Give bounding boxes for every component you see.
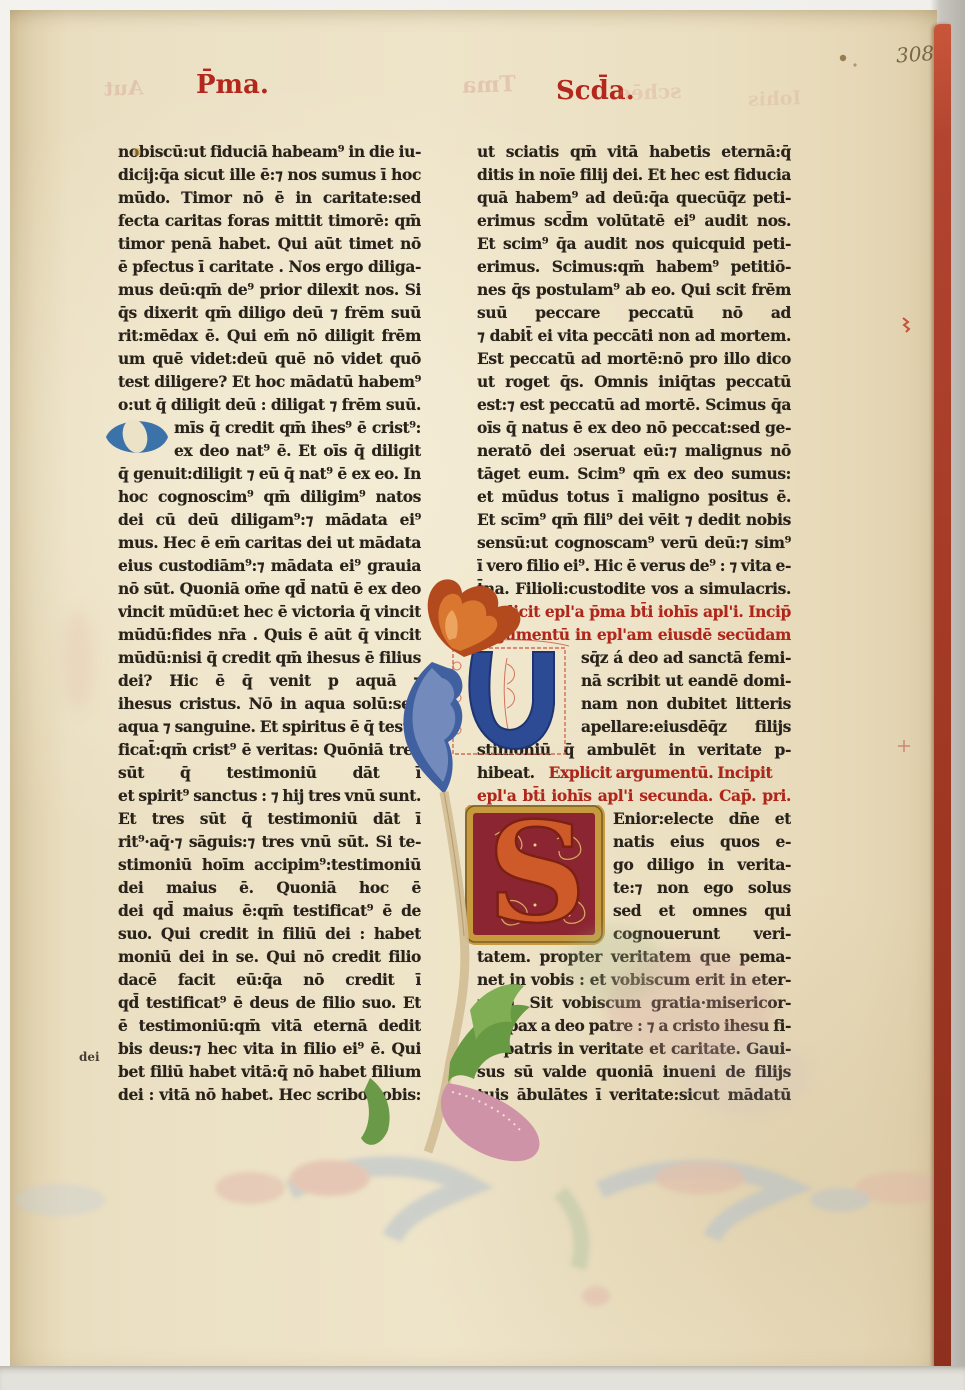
text-line: q̄s dixerit qm̄ diligo deū ⁊ frēm suū od… [118, 301, 421, 324]
text-line: nobiscū:ut fiduciā habeam⁹ in die iu- [118, 140, 421, 163]
text-line: dei : vitā nō habet. Hec scribo vobis: [118, 1083, 421, 1106]
text-line: tāget eum. Scim⁹ qm̄ ex deo sumus: [477, 462, 791, 485]
text-line: tatem. propter veritatem que pema- [477, 945, 791, 968]
text-line: dia·pax a deo patre : ⁊ a cristo ihesu f… [477, 1014, 791, 1037]
argumentum-end: hibeat. [477, 763, 535, 782]
text-line: natis eius quos e- [477, 830, 791, 853]
epistle-initial-block: S Enior:electe dn̄e etnatis eius quos e-… [477, 807, 791, 945]
text-line: argumentū in epl'am eiusdē secūdam [477, 623, 791, 646]
text-line: t̄na. Filioli:custodite vos a simulacris… [477, 577, 791, 600]
text-line: nā scribit ut eandē domi- [477, 669, 791, 692]
text-line: vincit mūdū:et hec ē victoria q̄ vincit [118, 600, 421, 623]
text-line: ut sciatis qm̄ vitā habetis eternā:q̄ cr… [477, 140, 791, 163]
text-line: suo. Qui credit in filiū dei : habet tes… [118, 922, 421, 945]
text-line: Et scim⁹ q̄a audit nos quicquid peti- [477, 232, 791, 255]
text-line: et spirit⁹ sanctus : ⁊ hij tres vnū sunt… [118, 784, 421, 807]
text-line: nō sūt. Quoniā om̄e qd̄ natū ē ex deo [118, 577, 421, 600]
rubric-incipit-line: epl'a bt̄i iohīs apl'i secunda. Cap̄. pr… [477, 784, 791, 807]
text-line: o:ut q̄ diligit deū : diligat ⁊ frēm suū… [118, 393, 421, 416]
text-line: dicij:q̄a sicut ille ē:⁊ nos sumus ī hoc [118, 163, 421, 186]
text-line: ex deo nat⁹ ē. Et oīs q̄ diligit eū [118, 439, 421, 462]
text-line: tuis ābulātes ī veritate:sicut mādatū [477, 1083, 791, 1106]
text-line: ī vero filio ei⁹. Hic ē verus de⁹ : ⁊ vi… [477, 554, 791, 577]
text-line: q̄ genuit:diligit ⁊ eū q̄ nat⁹ ē ex eo. … [118, 462, 421, 485]
text-line: mīs q̄ credit qm̄ ihes⁹ ē crist⁹: cv. [118, 416, 421, 439]
text-line: moniū dei in se. Qui nō credit filio mē- [118, 945, 421, 968]
left-block-2: q̄ genuit:diligit ⁊ eū q̄ nat⁹ ē ex eo. … [118, 462, 421, 1106]
text-line: mūdū:nisi q̄ credit qm̄ ihesus ē filius [118, 646, 421, 669]
text-line: mus. Hec ē em̄ caritas dei ut mādata [118, 531, 421, 554]
text-line: sed et omnes qui [477, 899, 791, 922]
text-line: ē pfectus ī caritate . Nos ergo diliga- [118, 255, 421, 278]
text-line: nes q̄s postulam⁹ ab eo. Qui scit frēm [477, 278, 791, 301]
text-line: ficat̄:qm̄ crist⁹ ē veritas: Quōniā tres [118, 738, 421, 761]
text-line: Explicit epl'a p̄ma bt̄i iohīs apl'i. In… [477, 600, 791, 623]
argumentum-lines: sq̄z á deo ad sanctā femi-nā scribit ut … [477, 646, 791, 738]
text-line: dei cū deū diligam⁹:⁊ mādata ei⁹ facia- [118, 508, 421, 531]
text-line: ut roget q̄s. Omnis iniq̄tas peccatū [477, 370, 791, 393]
text-line: dei qd̄ maius ē:qm̄ testificat⁹ ē de fil… [118, 899, 421, 922]
text-line: dei maius ē. Quoniā hoc ē testimoniū [118, 876, 421, 899]
text-line: est:⁊ est peccatū ad mortē. Scimus q̄a [477, 393, 791, 416]
text-line: ē testimoniū:qm̄ vitā eternā dedit no- [118, 1014, 421, 1037]
margin-note: dei [79, 1050, 100, 1064]
red-fore-edge [934, 24, 951, 1390]
text-line: rit:mēdax ē. Qui em̄ nō diligit frēm su- [118, 324, 421, 347]
text-line: test diligere? Et hoc mādatū habem⁹ a de… [118, 370, 421, 393]
show-through-text: Iohis [748, 87, 802, 111]
text-line: ⁊ dabit̄ ei vita peccāti non ad mortem. [477, 324, 791, 347]
chapter-initial-row: mīs q̄ credit qm̄ ihes⁹ ē crist⁹: cv. ex… [118, 416, 421, 462]
text-line: ditis in noīe filij dei. Et hec est fidu… [477, 163, 791, 186]
text-line: go diligo in verita- [477, 853, 791, 876]
right-block-1: ut sciatis qm̄ vitā habetis eternā:q̄ cr… [477, 140, 791, 600]
text-line: mūdo. Timor nō ē in caritate:sed per- [118, 186, 421, 209]
text-line: lio patris in veritate et caritate. Gaui… [477, 1037, 791, 1060]
text-line: dei? Hic ē q̄ venit p aquā ⁊ sanguinem [118, 669, 421, 692]
text-line: ihesus cristus. Nō in aqua solū:sed in [118, 692, 421, 715]
text-line: suū peccare peccatū nō ad mortē:petat [477, 301, 791, 324]
show-through-text: Tma [462, 71, 517, 99]
show-through-text: Aut [104, 75, 144, 100]
text-line: timor penā habet. Qui aūt timet nō [118, 232, 421, 255]
text-line: et mūdus totus ī maligno positus ē. [477, 485, 791, 508]
text-line: net in vobis : et vobiscum erit in eter- [477, 968, 791, 991]
text-line: te:⁊ non ego solus [477, 876, 791, 899]
manuscript-photo: P̄ma. Scd̄a. Aut Tma schēe Iohis 308. de… [0, 0, 965, 1390]
rubric-explicit-prima: Explicit epl'a p̄ma bt̄i iohīs apl'i. In… [477, 600, 791, 646]
text-line: erimus. Scimus:qm̄ habem⁹ petitiō- [477, 255, 791, 278]
rubric-incipit-inline: Explicit argumentū. Incipit [549, 763, 773, 782]
text-line: num. Sit vobiscum gratia·misericor- [477, 991, 791, 1014]
text-line: apellare:eiusdēq̄z filijs te- [477, 715, 791, 738]
left-block-1: nobiscū:ut fiduciā habeam⁹ in die iu-dic… [118, 140, 421, 416]
text-line: hoc cognoscim⁹ qm̄ diligim⁹ natos [118, 485, 421, 508]
text-line: erimus scd̄m volūtatē ei⁹ audit nos. [477, 209, 791, 232]
text-line: fecta caritas foras mittit timorē: qm̄ [118, 209, 421, 232]
text-line: stimoniū hoīm accipim⁹:testimoniū [118, 853, 421, 876]
text-line: qd̄ testificat⁹ ē deus de filio suo. Et … [118, 991, 421, 1014]
text-line: rit⁹·aq̄·⁊ sāguis:⁊ tres vnū sūt. Si te- [118, 830, 421, 853]
text-line: bis deus:⁊ hec vita in filio ei⁹ ē. Qui … [118, 1037, 421, 1060]
text-line: quā habem⁹ ad deū:q̄a quecūq̄z peti- [477, 186, 791, 209]
text-line: sq̄z á deo ad sanctā femi- [477, 646, 791, 669]
text-line: Enior:electe dn̄e et [477, 807, 791, 830]
text-line: um quē videt:deū quē nō videt quō po- [118, 347, 421, 370]
text-line: sus sū valde quoniā inueni de filijs [477, 1060, 791, 1083]
argumentum-initial-block: sq̄z á deo ad sanctā femi-nā scribit ut … [477, 646, 791, 738]
left-text-column: nobiscū:ut fiduciā habeam⁹ in die iu-dic… [118, 140, 421, 1106]
text-line: sūt q̄ testimoniū dāt ī celo·pater·verbū… [118, 761, 421, 784]
text-line: aqua ⁊ sanguine. Et spiritus ē q̄ testi- [118, 715, 421, 738]
text-line: oīs q̄ natus ē ex deo nō peccat:sed ge- [477, 416, 791, 439]
underlying-page-edge [0, 1366, 965, 1390]
text-line: sensū:ut cognoscam⁹ verū deū:⁊ sim⁹ [477, 531, 791, 554]
text-line: Et scīm⁹ qm̄ fili⁹ dei vēit ⁊ dedit nobi… [477, 508, 791, 531]
text-line: bet filiū habet vitā:q̄ nō habet filium [118, 1060, 421, 1083]
text-line: cognouerunt veri- [477, 922, 791, 945]
show-through-text: schēe [618, 79, 682, 105]
text-line: Et tres sūt q̄ testimoniū dāt ī terra·sp… [118, 807, 421, 830]
epistle-opening-lines: Enior:electe dn̄e etnatis eius quos e-go… [477, 807, 791, 945]
text-line: stimoniū q̄ ambulēt in veritate p- [477, 738, 791, 761]
text-line: dacē facit eū:q̄a nō credit ī testimoniū [118, 968, 421, 991]
right-block-2: tatem. propter veritatem que pema-net in… [477, 945, 791, 1106]
text-line: neratō dei ɔseruat eū:⁊ malignus nō [477, 439, 791, 462]
text-line: nam non dubitet litteris [477, 692, 791, 715]
verse-text: mīs q̄ credit qm̄ ihes⁹ ē crist⁹: [174, 418, 421, 437]
text-line: mūdū:fides nr̄a . Quis ē aūt q̄ vincit [118, 623, 421, 646]
text-line: Est peccatū ad mortē:nō pro illo dico [477, 347, 791, 370]
right-text-column: ut sciatis qm̄ vitā habetis eternā:q̄ cr… [477, 140, 791, 1106]
running-head-prima: P̄ma. [196, 70, 269, 100]
text-line: hibeat. Explicit argumentū. Incipit [477, 761, 791, 784]
text-line: mus deū:qm̄ de⁹ prior dilexit nos. Si [118, 278, 421, 301]
text-line: eius custodiām⁹:⁊ mādata ei⁹ grauia [118, 554, 421, 577]
